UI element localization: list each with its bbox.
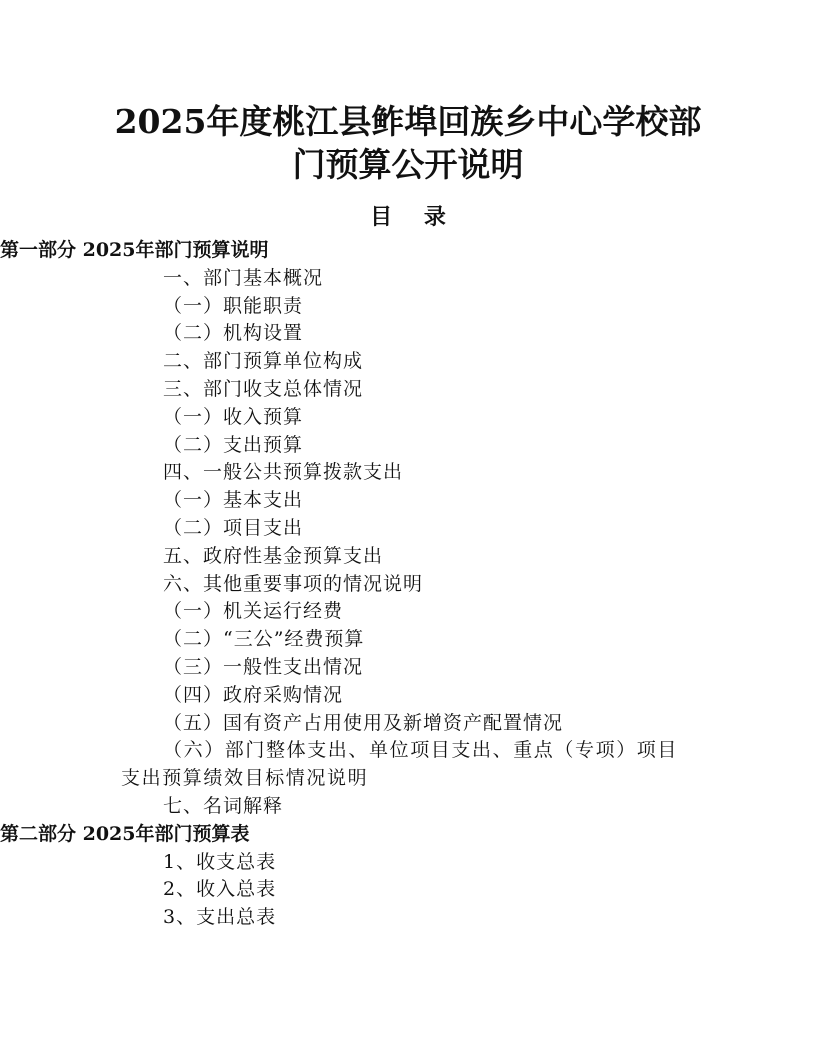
toc-item-expenditure-budget[interactable]: （二）支出预算 <box>0 432 816 460</box>
toc-item-glossary[interactable]: 七、名词解释 <box>0 793 816 821</box>
document-title-line-1: 2025年度桃江县鲊埠回族乡中心学校部 <box>0 100 816 144</box>
toc-item-basic-expenditure[interactable]: （一）基本支出 <box>0 487 816 515</box>
document-title-line-2: 门预算公开说明 <box>0 143 816 187</box>
toc-item-organization[interactable]: （二）机构设置 <box>0 320 816 348</box>
toc-item-summary-table[interactable]: 1、收支总表 <box>0 849 816 877</box>
toc-item-operating-costs[interactable]: （一）机关运行经费 <box>0 598 816 626</box>
toc-heading: 目 录 <box>0 202 816 232</box>
toc-item-general-public-budget[interactable]: 四、一般公共预算拨款支出 <box>0 459 816 487</box>
toc-item-state-assets[interactable]: （五）国有资产占用使用及新增资产配置情况 <box>0 710 816 738</box>
toc-item-three-public-costs[interactable]: （二）“三公”经费预算 <box>0 626 816 654</box>
toc-item-revenue-table[interactable]: 2、收入总表 <box>0 876 816 904</box>
toc-item-revenue-budget[interactable]: （一）收入预算 <box>0 404 816 432</box>
toc-item-performance-goals[interactable]: （六）部门整体支出、单位项目支出、重点（专项）项目支出预算绩效目标情况说明 <box>0 737 816 793</box>
table-of-contents: 第一部分 2025年部门预算说明 一、部门基本概况 （一）职能职责 （二）机构设… <box>0 237 816 932</box>
document-page: 2025年度桃江县鲊埠回族乡中心学校部 门预算公开说明 目 录 第一部分 202… <box>0 0 816 1056</box>
toc-item-procurement[interactable]: （四）政府采购情况 <box>0 682 816 710</box>
toc-item-budget-units[interactable]: 二、部门预算单位构成 <box>0 348 816 376</box>
toc-item-expenditure-table[interactable]: 3、支出总表 <box>0 904 816 932</box>
toc-item-project-expenditure[interactable]: （二）项目支出 <box>0 515 816 543</box>
toc-item-revenue-expenditure[interactable]: 三、部门收支总体情况 <box>0 376 816 404</box>
toc-item-department-overview[interactable]: 一、部门基本概况 <box>0 265 816 293</box>
toc-item-other-matters[interactable]: 六、其他重要事项的情况说明 <box>0 571 816 599</box>
toc-part-1[interactable]: 第一部分 2025年部门预算说明 <box>0 237 816 265</box>
toc-part-2[interactable]: 第二部分 2025年部门预算表 <box>0 821 816 849</box>
toc-item-functions[interactable]: （一）职能职责 <box>0 293 816 321</box>
toc-item-general-expenditure[interactable]: （三）一般性支出情况 <box>0 654 816 682</box>
toc-item-government-fund[interactable]: 五、政府性基金预算支出 <box>0 543 816 571</box>
